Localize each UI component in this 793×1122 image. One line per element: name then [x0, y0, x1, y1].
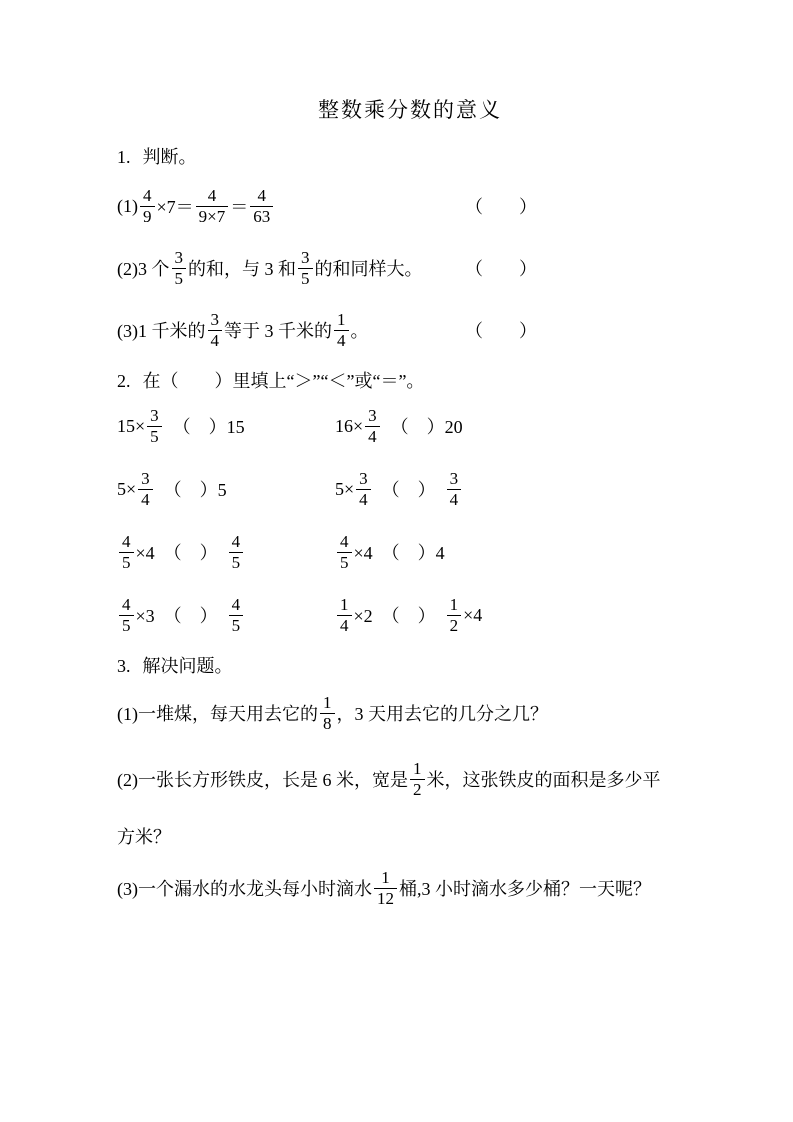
- fraction-denominator: 8: [320, 713, 335, 734]
- comparison-cell-1b: 16×34 （ ）20: [335, 406, 703, 446]
- fraction-denominator: 63: [250, 206, 273, 227]
- comparison-cell-4b: 14×2 （ ） 12×4: [335, 595, 703, 635]
- fraction: 12: [410, 759, 425, 799]
- text-run: ×4 （ ）: [136, 539, 227, 565]
- judgement-expression-3: (3)1 千米的34等于 3 千米的14。: [117, 310, 369, 350]
- text-run: （ ）20: [382, 413, 463, 439]
- problem-item-2-continuation: 方米？: [117, 824, 703, 848]
- comparison-cell-4a: 45×3 （ ） 45: [117, 595, 335, 635]
- problem-text-1: (1)一堆煤，每天用去它的18，3 天用去它的几分之几？: [117, 693, 548, 733]
- section-3-heading: 3. 解决问题。: [117, 654, 703, 678]
- fraction-numerator: 3: [298, 248, 313, 268]
- text-run: ×3 （ ）: [136, 602, 227, 628]
- fraction: 45: [229, 595, 244, 635]
- text-run: 的和，与 3 和: [188, 255, 296, 281]
- fraction: 34: [138, 469, 153, 509]
- text-run: 的和同样大。: [315, 255, 423, 281]
- fraction-numerator: 3: [147, 406, 162, 426]
- fraction-denominator: 4: [334, 330, 349, 351]
- fraction-numerator: 3: [172, 248, 187, 268]
- fraction-denominator: 5: [229, 552, 244, 573]
- text-run: ，3 天用去它的几分之几？: [337, 700, 549, 726]
- fraction-denominator: 5: [229, 615, 244, 636]
- fraction: 49: [140, 186, 155, 226]
- judgement-expression-1: (1)49×7＝49×7＝463: [117, 186, 275, 226]
- text-run: 米，这张铁皮的面积是多少平: [427, 766, 661, 792]
- fraction: 45: [337, 532, 352, 572]
- comparison-cell-3b: 45×4 （ ）4: [335, 532, 703, 572]
- fraction-denominator: 2: [447, 615, 462, 636]
- section-2-title: 在（ ）里填上“＞”“＜”或“＝”。: [143, 369, 425, 393]
- text-run: ×4 （ ）4: [354, 539, 445, 565]
- fraction: 45: [229, 532, 244, 572]
- fraction-denominator: 4: [138, 489, 153, 510]
- fraction-numerator: 4: [196, 186, 229, 206]
- text-run: (1): [117, 196, 138, 217]
- fraction-numerator: 1: [447, 595, 462, 615]
- fraction-numerator: 1: [320, 693, 335, 713]
- text-run: （ ）5: [155, 476, 227, 502]
- fraction: 45: [119, 595, 134, 635]
- text-run: (2)一张长方形铁皮，长是 6 米，宽是: [117, 766, 408, 792]
- answer-blank-2: （ ）: [465, 255, 537, 281]
- fraction-denominator: 4: [337, 615, 352, 636]
- text-run: ×2 （ ）: [354, 602, 445, 628]
- comparison-row-4: 45×3 （ ） 45 14×2 （ ） 12×4: [117, 590, 703, 640]
- fraction-denominator: 9×7: [196, 206, 229, 227]
- fraction: 14: [337, 595, 352, 635]
- comparison-row-1: 15×35 （ ）15 16×34 （ ）20: [117, 401, 703, 451]
- problem-text-2: (2)一张长方形铁皮，长是 6 米，宽是12米，这张铁皮的面积是多少平: [117, 759, 661, 799]
- fraction: 463: [250, 186, 273, 226]
- fraction: 12: [447, 595, 462, 635]
- text-run: (2)3 个: [117, 255, 170, 281]
- judgement-item-3: (3)1 千米的34等于 3 千米的14。 （ ）: [117, 305, 537, 355]
- fraction: 35: [147, 406, 162, 446]
- text-run: ×7＝: [157, 193, 194, 219]
- text-run: 5×: [335, 479, 354, 500]
- comparison-row-2: 5×34 （ ）5 5×34 （ ） 34: [117, 464, 703, 514]
- fraction: 35: [172, 248, 187, 288]
- fraction-denominator: 4: [365, 426, 380, 447]
- fraction-denominator: 4: [208, 330, 223, 351]
- fraction-denominator: 2: [410, 779, 425, 800]
- text-run: 方米？: [117, 823, 171, 849]
- fraction-denominator: 5: [172, 268, 187, 289]
- text-run: （ ）15: [164, 413, 245, 439]
- section-2-heading: 2. 在（ ）里填上“＞”“＜”或“＝”。: [117, 369, 703, 393]
- fraction: 34: [447, 469, 462, 509]
- problem-item-1: (1)一堆煤，每天用去它的18，3 天用去它的几分之几？: [117, 688, 703, 738]
- fraction-denominator: 5: [119, 615, 134, 636]
- fraction-numerator: 1: [334, 310, 349, 330]
- fraction-numerator: 3: [365, 406, 380, 426]
- text-run: (1)一堆煤，每天用去它的: [117, 700, 318, 726]
- fraction-numerator: 4: [250, 186, 273, 206]
- text-run: (3)1 千米的: [117, 317, 206, 343]
- judgement-expression-2: (2)3 个35的和，与 3 和35的和同样大。: [117, 248, 423, 288]
- fraction-denominator: 5: [147, 426, 162, 447]
- fraction: 34: [356, 469, 371, 509]
- fraction-numerator: 3: [138, 469, 153, 489]
- page-title: 整数乘分数的意义: [117, 97, 703, 123]
- fraction-numerator: 3: [356, 469, 371, 489]
- fraction-numerator: 4: [337, 532, 352, 552]
- problem-item-3: (3)一个漏水的水龙头每小时滴水112桶,3 小时滴水多少桶？一天呢？: [117, 863, 703, 913]
- fraction-numerator: 4: [229, 532, 244, 552]
- fraction: 112: [374, 868, 397, 908]
- text-run: 桶,3 小时滴水多少桶？一天呢？: [399, 875, 651, 901]
- text-run: ＝: [230, 193, 248, 219]
- text-run: 等于 3 千米的: [224, 317, 332, 343]
- fraction-numerator: 4: [119, 532, 134, 552]
- text-run: （ ）: [373, 476, 445, 502]
- judgement-item-2: (2)3 个35的和，与 3 和35的和同样大。 （ ）: [117, 243, 537, 293]
- fraction-numerator: 1: [374, 868, 397, 888]
- fraction-numerator: 3: [447, 469, 462, 489]
- text-run: 5×: [117, 479, 136, 500]
- fraction-numerator: 3: [208, 310, 223, 330]
- fraction: 34: [365, 406, 380, 446]
- section-2-number: 2.: [117, 369, 131, 393]
- fraction: 35: [298, 248, 313, 288]
- fraction-numerator: 4: [119, 595, 134, 615]
- fraction-denominator: 4: [447, 489, 462, 510]
- fraction: 14: [334, 310, 349, 350]
- problem-text-3: (3)一个漏水的水龙头每小时滴水112桶,3 小时滴水多少桶？一天呢？: [117, 868, 651, 908]
- section-3-title: 解决问题。: [143, 654, 233, 678]
- section-3-number: 3.: [117, 654, 131, 678]
- judgement-item-1: (1)49×7＝49×7＝463 （ ）: [117, 181, 537, 231]
- fraction: 18: [320, 693, 335, 733]
- fraction-numerator: 1: [337, 595, 352, 615]
- comparison-cell-1a: 15×35 （ ）15: [117, 406, 335, 446]
- fraction-denominator: 5: [337, 552, 352, 573]
- fraction: 49×7: [196, 186, 229, 226]
- section-1-heading: 1. 判断。: [117, 145, 703, 169]
- worksheet-page: 整数乘分数的意义 1. 判断。 (1)49×7＝49×7＝463 （ ） (2)…: [0, 0, 793, 1122]
- text-run: ×4: [463, 605, 482, 626]
- fraction-denominator: 9: [140, 206, 155, 227]
- problem-text-2b: 方米？: [117, 823, 171, 849]
- answer-blank-3: （ ）: [465, 317, 537, 343]
- fraction-denominator: 5: [298, 268, 313, 289]
- fraction-denominator: 5: [119, 552, 134, 573]
- section-1-title: 判断。: [143, 145, 197, 169]
- comparison-row-3: 45×4 （ ） 45 45×4 （ ）4: [117, 527, 703, 577]
- text-run: (3)一个漏水的水龙头每小时滴水: [117, 875, 372, 901]
- comparison-cell-2a: 5×34 （ ）5: [117, 469, 335, 509]
- text-run: 15×: [117, 416, 145, 437]
- comparison-cell-2b: 5×34 （ ） 34: [335, 469, 703, 509]
- section-1-number: 1.: [117, 145, 131, 169]
- comparison-cell-3a: 45×4 （ ） 45: [117, 532, 335, 572]
- answer-blank-1: （ ）: [465, 193, 537, 219]
- fraction-denominator: 12: [374, 888, 397, 909]
- fraction-numerator: 4: [140, 186, 155, 206]
- text-run: 16×: [335, 416, 363, 437]
- problem-item-2: (2)一张长方形铁皮，长是 6 米，宽是12米，这张铁皮的面积是多少平: [117, 754, 703, 804]
- fraction-numerator: 1: [410, 759, 425, 779]
- fraction: 45: [119, 532, 134, 572]
- fraction-numerator: 4: [229, 595, 244, 615]
- text-run: 。: [351, 317, 369, 343]
- fraction-denominator: 4: [356, 489, 371, 510]
- fraction: 34: [208, 310, 223, 350]
